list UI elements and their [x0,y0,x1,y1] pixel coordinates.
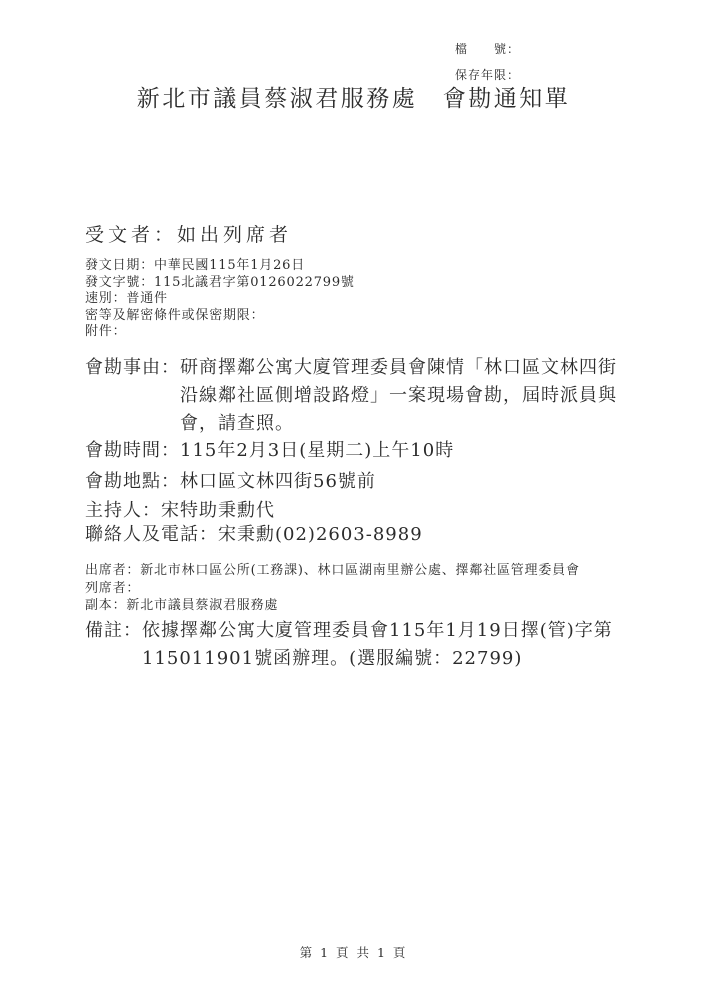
survey-subject-label: 會勘事由： [85,354,180,382]
issue-date-line: 發文日期：中華民國115年1月26日 [85,258,355,275]
survey-subject-value: 研商擇鄰公寓大廈管理委員會陳情「林口區文林四街沿線鄰社區側增設路燈」一案現場會勘… [180,354,622,438]
remark-value: 依據擇鄰公寓大廈管理委員會115年1月19日擇(管)字第115011901號函辦… [142,617,622,673]
contact-label: 聯絡人及電話： [85,521,218,549]
attendees-line: 出席者：新北市林口區公所(工務課)、林口區湖南里辦公處、擇鄰社區管理委員會 [85,562,645,580]
observers-line: 列席者： [85,580,645,598]
recipient-line: 受文者：如出列席者 [85,220,292,247]
field-contact: 聯絡人及電話： 宋秉勳(02)2603-8989 [85,521,622,549]
survey-time-value: 115年2月3日(星期二)上午10時 [180,437,622,465]
page-footer: 第 1 頁 共 1 頁 [0,943,707,961]
field-remark: 備註： 依據擇鄰公寓大廈管理委員會115年1月19日擇(管)字第11501190… [85,617,622,673]
contact-value: 宋秉勳(02)2603-8989 [218,521,622,549]
document-page: 檔 號： 保存年限： 新北市議員蔡淑君服務處 會勘通知單 受文者：如出列席者 發… [0,0,707,1000]
survey-place-value: 林口區文林四街56號前 [180,468,622,496]
attachment-line: 附件： [85,324,355,341]
field-survey-time: 會勘時間： 115年2月3日(星期二)上午10時 [85,437,622,465]
field-survey-subject: 會勘事由： 研商擇鄰公寓大廈管理委員會陳情「林口區文林四街沿線鄰社區側增設路燈」… [85,354,622,438]
survey-place-label: 會勘地點： [85,468,180,496]
document-title: 新北市議員蔡淑君服務處 會勘通知單 [0,80,707,113]
copy-to-line: 副本：新北市議員蔡淑君服務處 [85,597,645,615]
field-survey-place: 會勘地點： 林口區文林四街56號前 [85,468,622,496]
security-class-line: 密等及解密條件或保密期限： [85,308,355,325]
file-number-label: 檔 號： [455,36,520,62]
survey-time-label: 會勘時間： [85,437,180,465]
doc-meta-block: 發文日期：中華民國115年1月26日 發文字號：115北議君字第01260227… [85,258,355,341]
doc-number-line: 發文字號：115北議君字第0126022799號 [85,275,355,292]
speed-class-line: 速別：普通件 [85,291,355,308]
remark-label: 備註： [85,617,142,645]
attendance-block: 出席者：新北市林口區公所(工務課)、林口區湖南里辦公處、擇鄰社區管理委員會 列席… [85,562,645,615]
